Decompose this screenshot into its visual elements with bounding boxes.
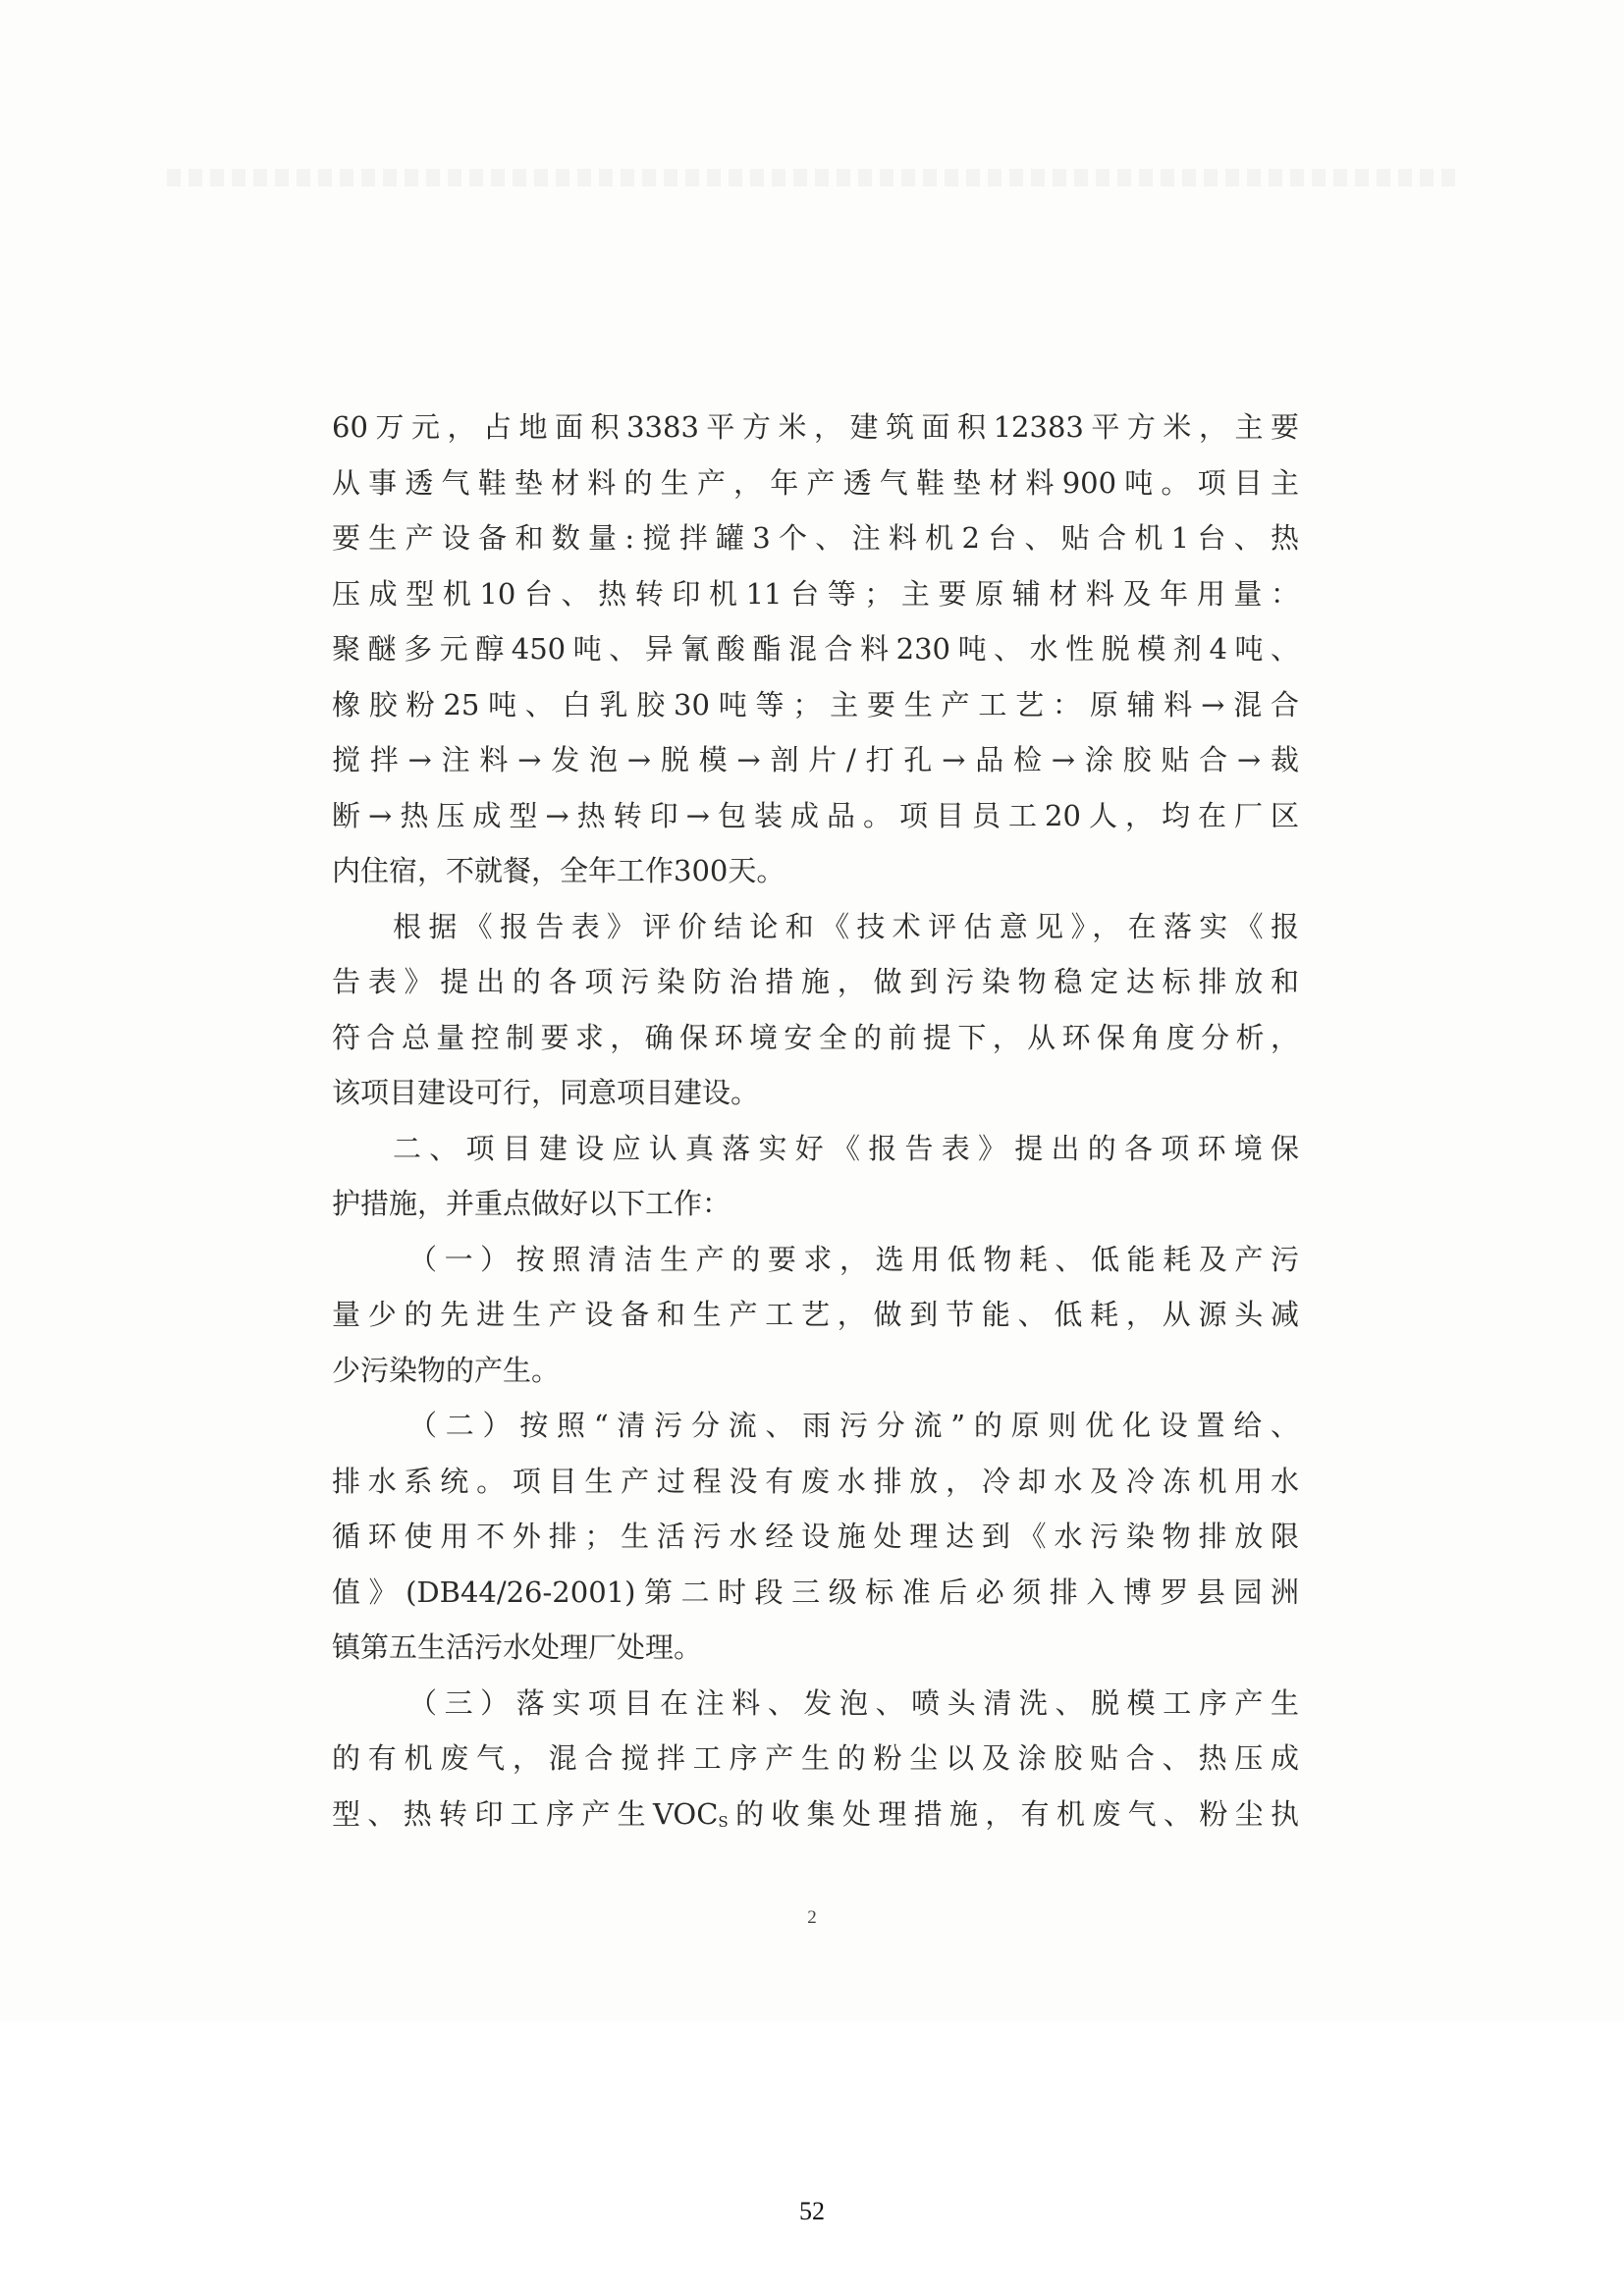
paragraph-conclusion: 根据《报告表》评价结论和《技术评估意见》，在落实《报 告表》提出的各项污染防治措… (332, 899, 1299, 1121)
text-line: 断→热压成型→热转印→包装成品。项目员工20人，均在厂区 (332, 788, 1299, 844)
paragraph-project-summary: 60万元，占地面积3383平方米，建筑面积12383平方米，主要 从事透气鞋垫材… (332, 400, 1299, 899)
text-line: 60万元，占地面积3383平方米，建筑面积12383平方米，主要 (332, 400, 1299, 455)
text-line-with-subscript: 型、热转印工序产生VOCS的收集处理措施，有机废气、粉尘执 (332, 1787, 1299, 1842)
text-line: 要生产设备和数量:搅拌罐3个、注料机2台、贴合机1台、热 (332, 510, 1299, 566)
text-line: 聚醚多元醇450吨、异氰酸酯混合料230吨、水性脱模剂4吨、 (332, 621, 1299, 677)
text-line: 该项目建设可行，同意项目建设。 (332, 1065, 1299, 1121)
text-line: 排水系统。项目生产过程没有废水排放，冷却水及冷冻机用水 (332, 1454, 1299, 1510)
paragraph-item-1: （一）按照清洁生产的要求，选用低物耗、低能耗及产污 量少的先进生产设备和生产工艺… (332, 1232, 1299, 1399)
text-line: 的有机废气，混合搅拌工序产生的粉尘以及涂胶贴合、热压成 (332, 1731, 1299, 1787)
paragraph-item-3: （三）落实项目在注料、发泡、喷头清洗、脱模工序产生 的有机废气，混合搅拌工序产生… (332, 1676, 1299, 1842)
text-line: （三）落实项目在注料、发泡、喷头清洗、脱模工序产生 (332, 1676, 1299, 1732)
paragraph-section-two: 二、项目建设应认真落实好《报告表》提出的各项环境保 护措施，并重点做好以下工作： (332, 1121, 1299, 1232)
text-segment: 的收集处理措施，有机废气、粉尘执 (729, 1797, 1299, 1831)
text-line: 压成型机10台、热转印机11台等；主要原辅材料及年用量： (332, 566, 1299, 622)
text-line: 从事透气鞋垫材料的生产，年产透气鞋垫材料900吨。项目主 (332, 455, 1299, 511)
text-line: 少污染物的产生。 (332, 1343, 1299, 1399)
text-line: 符合总量控制要求，确保环境安全的前提下，从环保角度分析， (332, 1010, 1299, 1066)
text-line: （一）按照清洁生产的要求，选用低物耗、低能耗及产污 (332, 1232, 1299, 1288)
scanned-page: 60万元，占地面积3383平方米，建筑面积12383平方米，主要 从事透气鞋垫材… (0, 0, 1624, 2022)
text-line: 内住宿，不就餐，全年工作300天。 (332, 843, 1299, 899)
text-line: 搅拌→注料→发泡→脱模→剖片/打孔→品检→涂胶贴合→裁 (332, 732, 1299, 788)
inner-page-number: 2 (0, 1907, 1624, 1929)
text-line: 量少的先进生产设备和生产工艺，做到节能、低耗，从源头减 (332, 1287, 1299, 1343)
text-line: 循环使用不外排；生活污水经设施处理达到《水污染物排放限 (332, 1509, 1299, 1565)
text-line: 根据《报告表》评价结论和《技术评估意见》，在落实《报 (332, 899, 1299, 955)
text-line: 橡胶粉25吨、白乳胶30吨等；主要生产工艺：原辅料→混合 (332, 677, 1299, 733)
text-line: 二、项目建设应认真落实好《报告表》提出的各项环境保 (332, 1121, 1299, 1177)
subscript: S (718, 1813, 728, 1831)
outer-page-number: 52 (0, 2197, 1624, 2226)
text-line: 护措施，并重点做好以下工作： (332, 1176, 1299, 1232)
scan-bleed-through (167, 169, 1463, 187)
text-line: 镇第五生活污水处理厂处理。 (332, 1620, 1299, 1676)
text-line: 值》(DB44/26-2001)第二时段三级标准后必须排入博罗县园洲 (332, 1565, 1299, 1621)
text-line: （二）按照“清污分流、雨污分流”的原则优化设置给、 (332, 1398, 1299, 1454)
text-line: 告表》提出的各项污染防治措施，做到污染物稳定达标排放和 (332, 954, 1299, 1010)
paragraph-item-2: （二）按照“清污分流、雨污分流”的原则优化设置给、 排水系统。项目生产过程没有废… (332, 1398, 1299, 1676)
text-segment: 型、热转印工序产生VOC (332, 1797, 718, 1831)
document-body: 60万元，占地面积3383平方米，建筑面积12383平方米，主要 从事透气鞋垫材… (332, 400, 1299, 1842)
